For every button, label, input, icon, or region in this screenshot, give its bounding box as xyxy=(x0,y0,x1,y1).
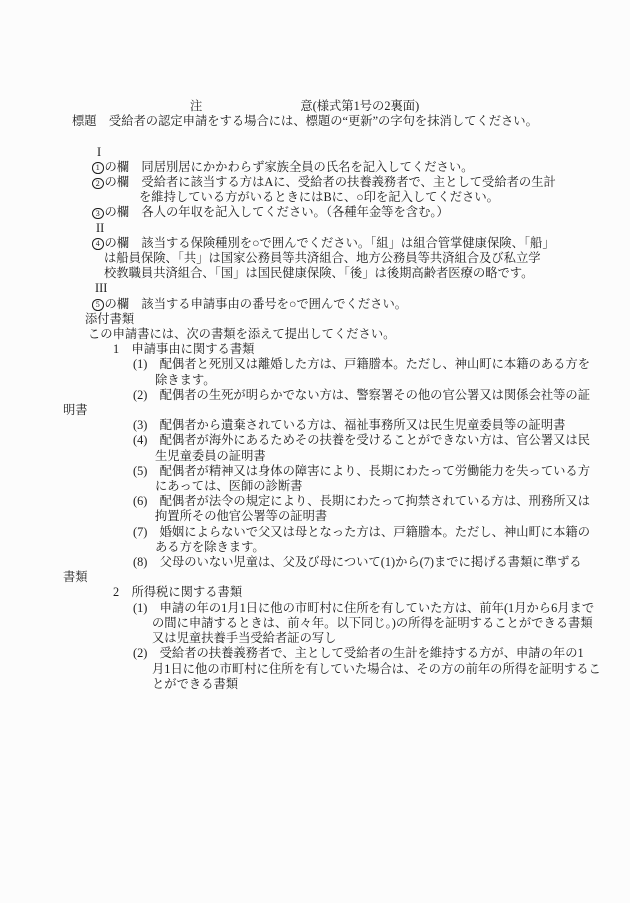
blank-line xyxy=(0,129,630,144)
text-lines: 標題 受給者の認定申請をする場合には、標題の“更新”の字句を抹消してください。I… xyxy=(0,114,630,692)
text-line: この申請書には、次の書類を添えて提出してください。 xyxy=(0,327,630,342)
text-line: (1) 申請の年の1月1日に他の市町村に住所を有していた方は、前年(1月から6月… xyxy=(0,601,630,616)
text-line: 1 申請事由に関する書類 xyxy=(0,342,630,357)
document-page: 注意(様式第1号の2裏面) 標題 受給者の認定申請をする場合には、標題の“更新”… xyxy=(0,0,630,903)
text-line: 除きます。 xyxy=(0,373,630,388)
text-line: 書類 xyxy=(0,570,630,585)
circled-number: 4 xyxy=(92,238,104,250)
circled-number: 1 xyxy=(92,162,104,174)
circled-number: 3 xyxy=(92,208,104,220)
text-line: 生児童委員の証明書 xyxy=(0,449,630,464)
text-line: (3) 配偶者から遺棄されている方は、福祉事務所又は民生児童委員等の証明書 xyxy=(0,418,630,433)
text-line: 4の欄 該当する保険種別を○で囲んでください。「組」は組合管掌健康保険、「船」 xyxy=(0,236,630,251)
text-line: にあっては、医師の診断書 xyxy=(0,479,630,494)
note-heading-right: 意(様式第1号の2裏面) xyxy=(300,99,419,114)
text-line: 5の欄 該当する申請事由の番号を○で囲んでください。 xyxy=(0,297,630,312)
text-line: 拘置所その他官公署等の証明書 xyxy=(0,509,630,524)
text-line: (2) 配偶者の生死が明らかでない方は、警察署その他の官公署又は関係会社等の証 xyxy=(0,388,630,403)
text-line: 明書 xyxy=(0,403,630,418)
text-line: III xyxy=(0,281,630,296)
text-line: とができる書類 xyxy=(0,677,630,692)
text-line: の間に申請するときは、前々年。以下同じ。)の所得を証明することができる書類 xyxy=(0,616,630,631)
note-heading: 注意(様式第1号の2裏面) xyxy=(0,99,630,114)
text-line: 標題 受給者の認定申請をする場合には、標題の“更新”の字句を抹消してください。 xyxy=(0,114,630,129)
text-line: 1の欄 同居別居にかかわらず家族全員の氏名を記入してください。 xyxy=(0,160,630,175)
circled-number: 5 xyxy=(92,299,104,311)
text-line: (4) 配偶者が海外にあるためその扶養を受けることができない方は、官公署又は民 xyxy=(0,433,630,448)
text-line: II xyxy=(0,221,630,236)
text-line: (1) 配偶者と死別又は離婚した方は、戸籍謄本。ただし、神山町に本籍のある方を xyxy=(0,357,630,372)
text-line: ある方を除きます。 xyxy=(0,540,630,555)
text-line: (6) 配偶者が法令の規定により、長期にわたって拘禁されている方は、刑務所又は xyxy=(0,494,630,509)
text-line: (7) 婚姻によらないで父又は母となった方は、戸籍謄本。ただし、神山町に本籍の xyxy=(0,525,630,540)
note-heading-left: 注 xyxy=(190,99,202,114)
text-line: (2) 受給者の扶養義務者で、主として受給者の生計を維持する方が、申請の年の1 xyxy=(0,646,630,661)
text-line: 月1日に他の市町村に住所を有していた場合は、その方の前年の所得を証明するこ xyxy=(0,662,630,677)
text-line: 校教職員共済組合、「国」は国民健康保険、「後」は後期高齢者医療の略です。 xyxy=(0,266,630,281)
circled-number: 2 xyxy=(92,178,104,190)
text-line: 2の欄 受給者に該当する方はAに、受給者の扶養義務者で、主として受給者の生計 xyxy=(0,175,630,190)
text-line: (8) 父母のいない児童は、父及び母について(1)から(7)までに掲げる書類に準… xyxy=(0,555,630,570)
text-line: I xyxy=(0,145,630,160)
document-body: 注意(様式第1号の2裏面) 標題 受給者の認定申請をする場合には、標題の“更新”… xyxy=(0,99,630,692)
text-line: 又は児童扶養手当受給者証の写し xyxy=(0,631,630,646)
text-line: 添付書類 xyxy=(0,312,630,327)
text-line: 2 所得税に関する書類 xyxy=(0,585,630,600)
text-line: は船員保険、「共」は国家公務員等共済組合、地方公務員等共済組合及び私立学 xyxy=(0,251,630,266)
text-line: (5) 配偶者が精神又は身体の障害により、長期にわたって労働能力を失っている方 xyxy=(0,464,630,479)
text-line: を維持している方がいるときにはBに、○印を記入してください。 xyxy=(0,190,630,205)
text-line: 3の欄 各人の年収を記入してください。（各種年金等を含む。） xyxy=(0,205,630,220)
